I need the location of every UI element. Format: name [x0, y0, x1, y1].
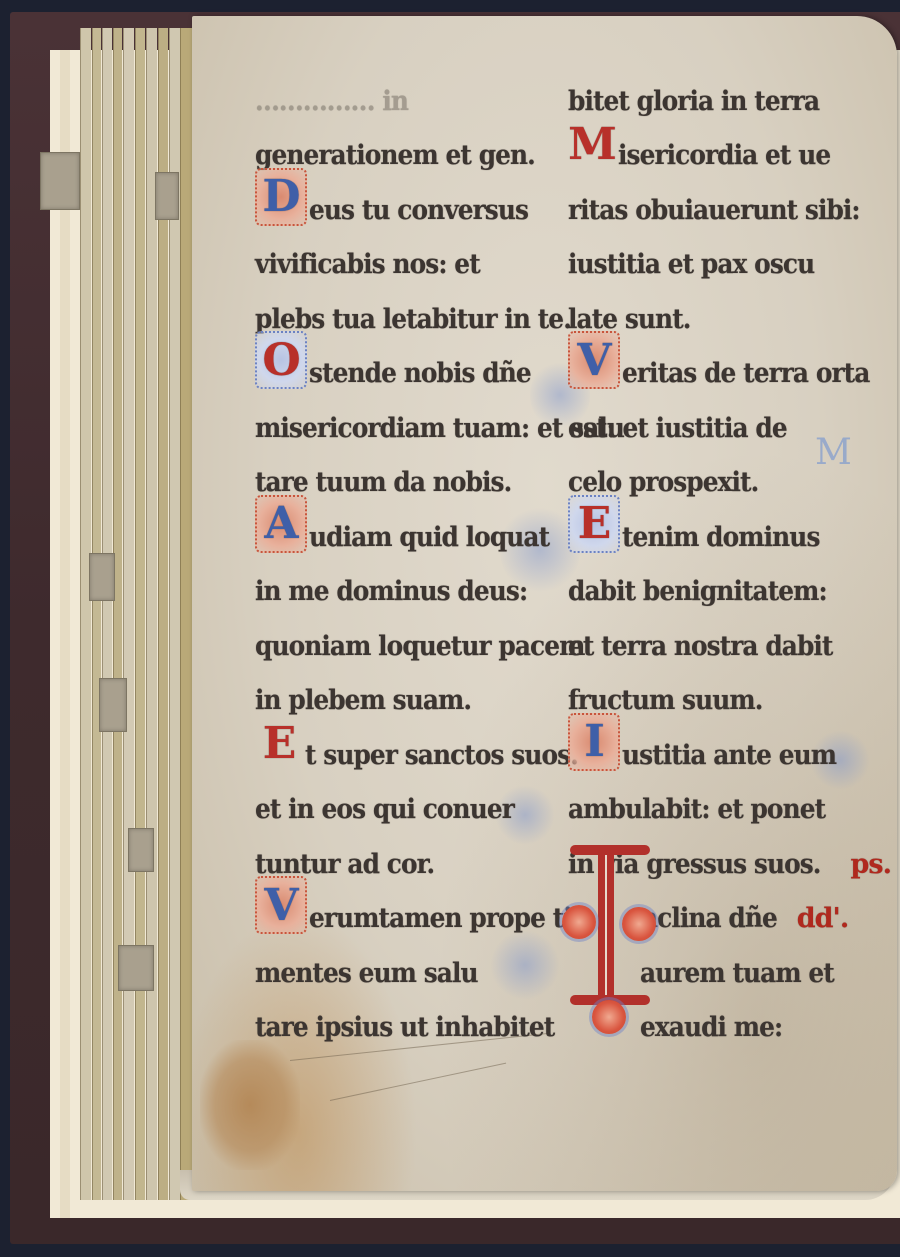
- roundel-ornament: [622, 907, 656, 941]
- text-line: Veritas de terra orta: [568, 343, 858, 398]
- rubricated-initial: M: [568, 117, 616, 171]
- text-line: quoniam loquetur pacem: [255, 615, 545, 670]
- text-line: …………… in: [255, 70, 545, 125]
- leaf-edge: [135, 28, 145, 1200]
- leaf-edge: [123, 28, 134, 1200]
- illuminated-initial: A: [255, 495, 307, 553]
- text-line: Verumtamen prope ti: [255, 888, 545, 943]
- parchment-tab[interactable]: [99, 678, 127, 732]
- text-line: Deus tu conversus: [255, 179, 545, 234]
- text-line: iustitia et pax oscu: [568, 234, 858, 289]
- text-line: ritas obuiauerunt sibi:: [568, 179, 858, 234]
- rubric-psalm-label: ps.: [850, 849, 890, 880]
- illuminated-initial: D: [255, 168, 307, 226]
- illuminated-initial: O: [255, 331, 307, 389]
- roundel-ornament: [592, 1000, 626, 1034]
- parchment-tab[interactable]: [118, 945, 154, 991]
- page-stack: [72, 28, 202, 1200]
- text-line: Iustitia ante eum: [568, 724, 858, 779]
- text-line: et in eos qui conuer: [255, 779, 545, 834]
- illuminated-initial: V: [568, 331, 620, 389]
- illuminated-initial: V: [255, 876, 307, 934]
- initial-stem: [598, 851, 614, 1001]
- parchment-tab[interactable]: [128, 828, 154, 872]
- parchment-tab[interactable]: [155, 172, 179, 220]
- rubricated-initial: E: [255, 717, 303, 771]
- text-line: et terra nostra dabit: [568, 615, 858, 670]
- text-line: mentes eum salu: [255, 942, 545, 997]
- leaf-edge: [92, 28, 101, 1200]
- water-stain: [200, 1040, 300, 1170]
- text-line: Ostende nobis dñe: [255, 343, 545, 398]
- roundel-ornament: [562, 905, 596, 939]
- parchment-tab[interactable]: [89, 553, 115, 601]
- text-line: Etenim dominus: [568, 506, 858, 561]
- mount-shadow: [60, 50, 70, 1218]
- leaf-edge: [113, 28, 122, 1200]
- leaf-edge: [80, 28, 91, 1200]
- text-line: Misericordia et ue: [568, 125, 858, 180]
- text-line: Audiam quid loquat: [255, 506, 545, 561]
- text-column-left: …………… in generationem et gen. Deus tu co…: [255, 70, 545, 1051]
- text-line: Et super sanctos suos.: [255, 724, 545, 779]
- text-line: tare ipsius ut inhabitet: [255, 997, 545, 1052]
- illuminated-initial: E: [568, 495, 620, 553]
- large-illuminated-initial-I: [560, 845, 660, 1035]
- parchment-tab[interactable]: [40, 152, 80, 210]
- text-line: vivificabis nos: et: [255, 234, 545, 289]
- text-line: ambulabit: et ponet: [568, 779, 858, 834]
- text-line: dabit benignitatem:: [568, 561, 858, 616]
- illuminated-initial: I: [568, 713, 620, 771]
- text-line: est: et iustitia de: [568, 397, 858, 452]
- text-line: in plebem suam.: [255, 670, 545, 725]
- text-line: misericordiam tuam: et salu: [255, 397, 545, 452]
- rubric-attribution: dd'.: [797, 903, 848, 934]
- text-line: in me dominus deus:: [255, 561, 545, 616]
- leaf-edge: [102, 28, 112, 1200]
